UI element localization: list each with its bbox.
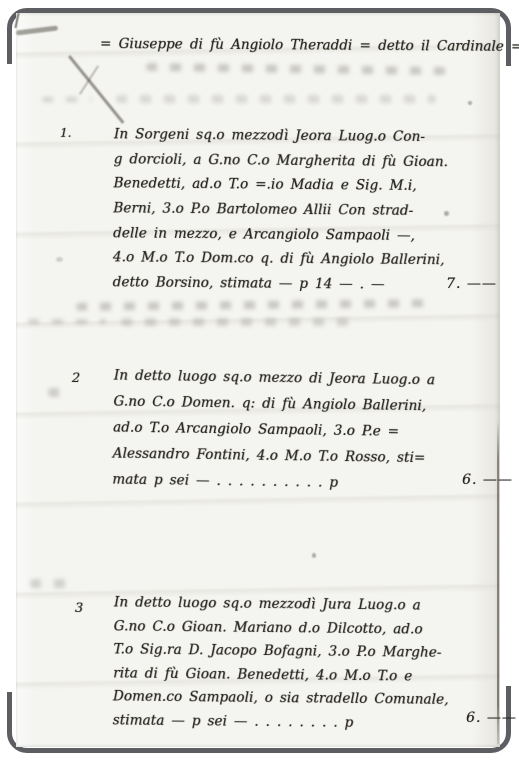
page-edge-shadow <box>497 420 499 744</box>
margin-dash-mark <box>48 388 66 397</box>
ink-bleed-smudge <box>121 318 361 326</box>
ink-speck <box>56 257 63 262</box>
ink-speck <box>468 101 472 105</box>
manuscript-text-line: delle in mezzo, e Arcangiolo Sampaoli —, <box>113 221 465 249</box>
margin-dash-mark <box>42 97 92 102</box>
margin-dash-mark <box>28 319 106 324</box>
ink-bleed-smudge <box>116 95 436 103</box>
margin-dash-mark <box>30 579 78 588</box>
ink-speck <box>312 553 316 558</box>
entry-value: 6. —— <box>462 472 513 488</box>
ink-speck <box>444 211 449 216</box>
stray-pen-mark <box>14 13 19 28</box>
manuscript-text-line: Berni, 3.o P.o Bartolomeo Allii Con stra… <box>113 196 465 224</box>
entry-number: 1. <box>60 126 72 140</box>
manuscript-paper: = Giuseppe di fù Angiolo Theraddi = dett… <box>16 13 500 747</box>
manuscript-text-line: 4.o M.o T.o Dom.co q. di fù Angiolo Ball… <box>113 246 465 274</box>
manuscript-title: = Giuseppe di fù Angiolo Theraddi = dett… <box>100 36 480 55</box>
manuscript-text-line: Benedetti, ad.o T.o =.io Madia e Sig. M.… <box>113 172 465 200</box>
entry-value: 7. —— <box>446 276 497 292</box>
manuscript-text-line: detto Borsino, stimata — p 14 — . — <box>112 270 464 298</box>
manuscript-entry-2: 2 In detto luogo sq.o mezzo di Jeora Luo… <box>16 361 500 368</box>
manuscript-text-line: g dorcioli, a G.no C.o Margherita di fù … <box>114 147 466 175</box>
entry-text-block: In detto luogo sq.o mezzodì Jura Luog.o … <box>113 591 466 736</box>
manuscript-text-line: mata p sei — . . . . . . . . . . p <box>112 467 464 498</box>
entry-text-block: In detto luogo sq.o mezzo di Jeora Luog.… <box>112 363 466 498</box>
entry-number: 2 <box>72 371 81 386</box>
scanned-document: = Giuseppe di fù Angiolo Theraddi = dett… <box>0 0 519 760</box>
entry-number: 3 <box>75 601 83 616</box>
frame-side-gap-right <box>501 66 518 686</box>
ink-bleed-smudge <box>76 299 426 311</box>
ink-bleed-smudge <box>146 63 446 75</box>
entry-value: 6. —— . <box>466 710 519 726</box>
manuscript-text-line: stimata — p sei — . . . . . . . . p <box>113 709 465 736</box>
entry-text-block: In Sorgeni sq.o mezzodì Jeora Luog.o Con… <box>112 122 465 298</box>
manuscript-text-line: In Sorgeni sq.o mezzodì Jeora Luog.o Con… <box>114 122 466 150</box>
manuscript-entry-1: 1. In Sorgeni sq.o mezzodì Jeora Luog.o … <box>16 121 500 125</box>
underline-flourish <box>16 25 58 35</box>
manuscript-entry-3: 3 In detto luogo sq.o mezzodì Jura Luog.… <box>16 590 500 595</box>
